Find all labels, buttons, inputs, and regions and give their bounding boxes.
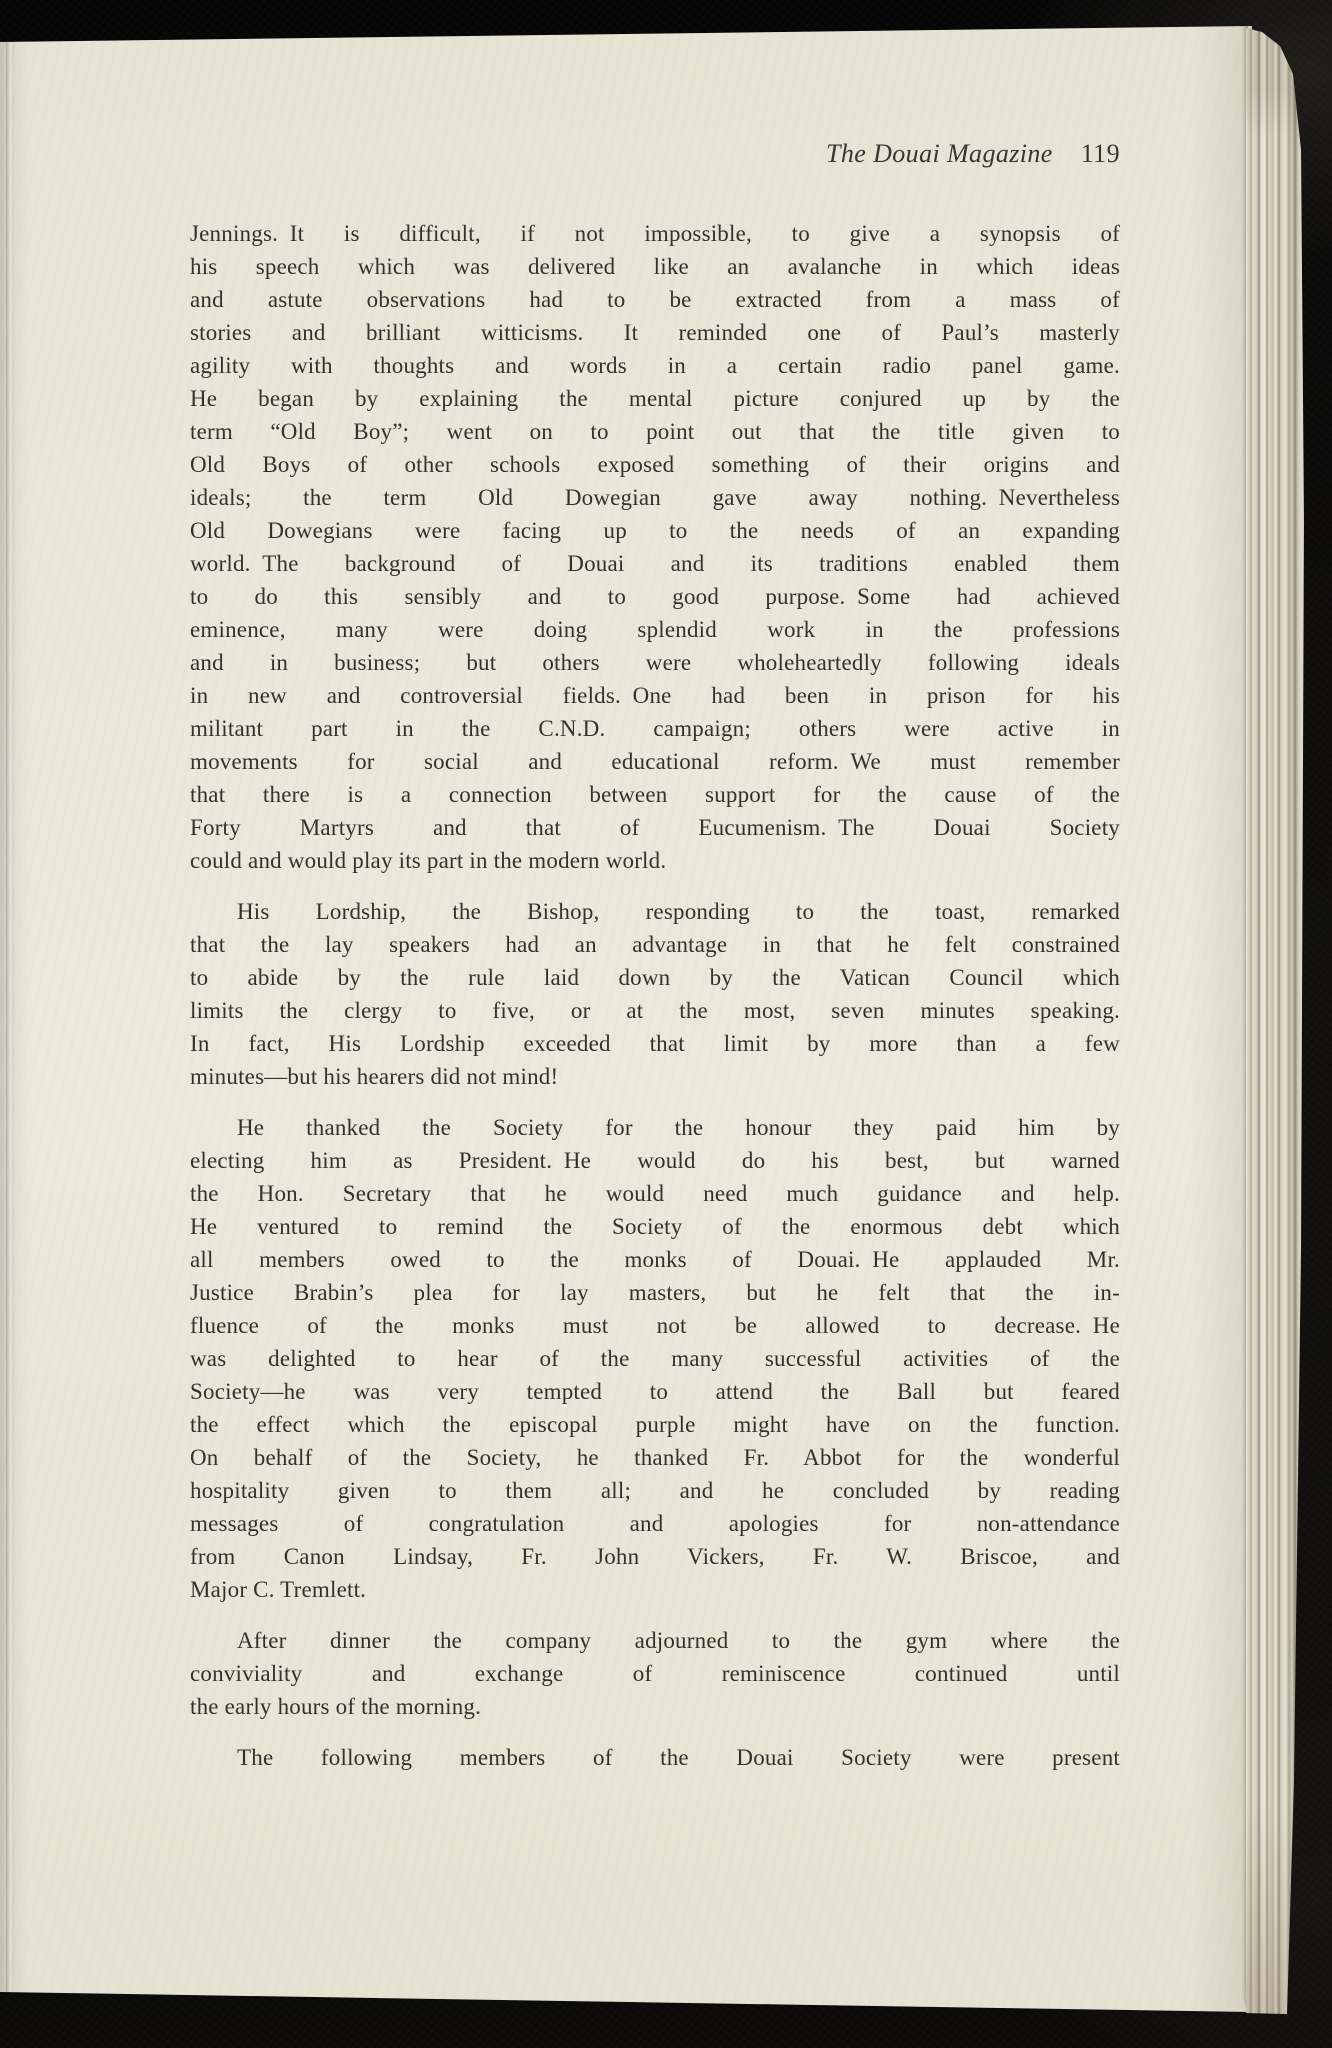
paragraph: Jennings. It is difficult, if not imposs… (190, 217, 1120, 877)
text-line: limits the clergy to five, or at the mos… (190, 994, 1120, 1027)
paragraph: His Lordship, the Bishop, responding to … (190, 895, 1120, 1093)
text-line: eminence, many were doing splendid work … (190, 613, 1120, 646)
running-head: The Douai Magazine119 (190, 139, 1120, 169)
journal-title: The Douai Magazine (826, 139, 1053, 168)
paragraph: After dinner the company adjourned to th… (190, 1624, 1120, 1723)
text-line: term “Old Boy”; went on to point out tha… (190, 415, 1120, 448)
text-line: in new and controversial fields. One had… (190, 679, 1120, 712)
text-line: His Lordship, the Bishop, responding to … (190, 895, 1120, 928)
text-line: agility with thoughts and words in a cer… (190, 349, 1120, 382)
text-line: The following members of the Douai Socie… (190, 1741, 1120, 1774)
text-line: minutes—but his hearers did not mind! (190, 1060, 1120, 1093)
text-line: was delighted to hear of the many succes… (190, 1342, 1120, 1375)
text-line: Old Dowegians were facing up to the need… (190, 514, 1120, 547)
page-number: 119 (1081, 139, 1120, 168)
text-line: On behalf of the Society, he thanked Fr.… (190, 1441, 1120, 1474)
book-page: The Douai Magazine119 Jennings. It is di… (0, 0, 1252, 2048)
text-line: could and would play its part in the mod… (190, 844, 1120, 877)
fore-edge-page-stack (1246, 0, 1308, 2048)
text-line: from Canon Lindsay, Fr. John Vickers, Fr… (190, 1540, 1120, 1573)
text-line: Society—he was very tempted to attend th… (190, 1375, 1120, 1408)
text-line: to abide by the rule laid down by the Va… (190, 961, 1120, 994)
text-line: the early hours of the morning. (190, 1690, 1120, 1723)
text-line: messages of congratulation and apologies… (190, 1507, 1120, 1540)
text-line: Justice Brabin’s plea for lay masters, b… (190, 1276, 1120, 1309)
text-line: electing him as President. He would do h… (190, 1144, 1120, 1177)
text-line: He thanked the Society for the honour th… (190, 1111, 1120, 1144)
text-line: Jennings. It is difficult, if not imposs… (190, 217, 1120, 250)
text-line: and in business; but others were wholehe… (190, 646, 1120, 679)
book-scan-scene: The Douai Magazine119 Jennings. It is di… (0, 0, 1332, 2048)
text-line: Major C. Tremlett. (190, 1573, 1120, 1606)
text-line: He ventured to remind the Society of the… (190, 1210, 1120, 1243)
paragraph: He thanked the Society for the honour th… (190, 1111, 1120, 1606)
text-line: world. The background of Douai and its t… (190, 547, 1120, 580)
text-line: movements for social and educational ref… (190, 745, 1120, 778)
text-line: that the lay speakers had an advantage i… (190, 928, 1120, 961)
text-line: the Hon. Secretary that he would need mu… (190, 1177, 1120, 1210)
text-line: In fact, His Lordship exceeded that limi… (190, 1027, 1120, 1060)
text-line: Forty Martyrs and that of Eucumenism. Th… (190, 811, 1120, 844)
page-body: Jennings. It is difficult, if not imposs… (190, 217, 1120, 1774)
text-line: the effect which the episcopal purple mi… (190, 1408, 1120, 1441)
text-line: stories and brilliant witticisms. It rem… (190, 316, 1120, 349)
text-line: Old Boys of other schools exposed someth… (190, 448, 1120, 481)
text-line: that there is a connection between suppo… (190, 778, 1120, 811)
text-line: his speech which was delivered like an a… (190, 250, 1120, 283)
text-line: to do this sensibly and to good purpose.… (190, 580, 1120, 613)
text-line: fluence of the monks must not be allowed… (190, 1309, 1120, 1342)
binding-crease (6, 42, 14, 1992)
text-line: militant part in the C.N.D. campaign; ot… (190, 712, 1120, 745)
paragraph: The following members of the Douai Socie… (190, 1741, 1120, 1774)
text-line: hospitality given to them all; and he co… (190, 1474, 1120, 1507)
text-line: and astute observations had to be extrac… (190, 283, 1120, 316)
text-line: conviviality and exchange of reminiscenc… (190, 1657, 1120, 1690)
text-line: ideals; the term Old Dowegian gave away … (190, 481, 1120, 514)
text-line: all members owed to the monks of Douai. … (190, 1243, 1120, 1276)
text-line: After dinner the company adjourned to th… (190, 1624, 1120, 1657)
text-line: He began by explaining the mental pictur… (190, 382, 1120, 415)
